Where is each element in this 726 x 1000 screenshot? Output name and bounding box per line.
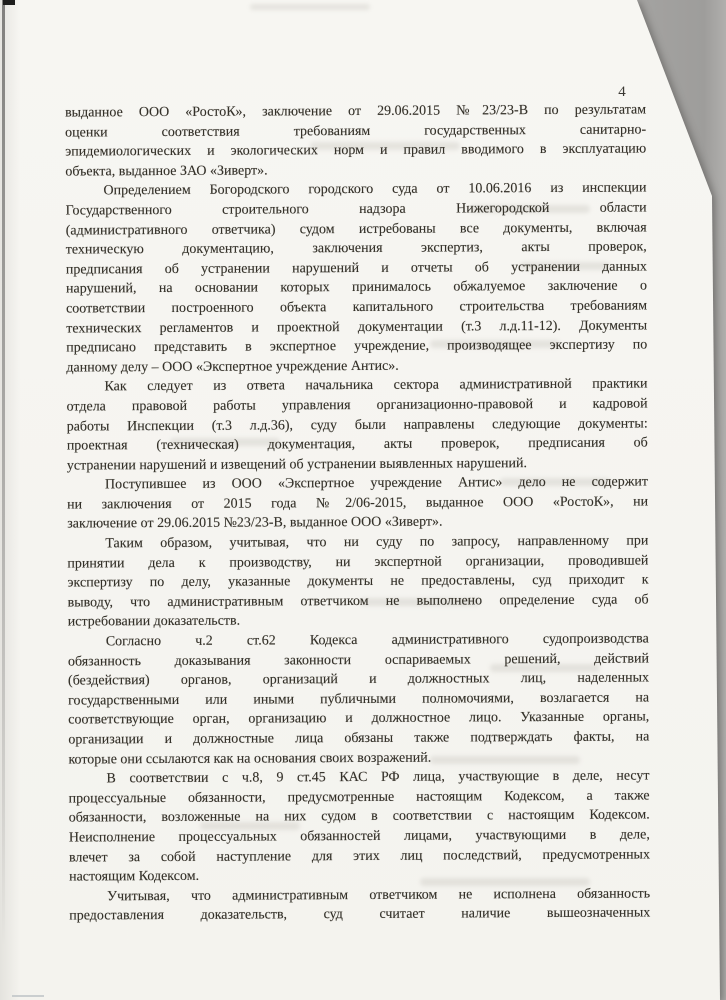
bleed-artifact — [250, 4, 370, 10]
paragraph: В соответствии с ч.8, 9 ст.45 КАС РФ лиц… — [68, 767, 650, 888]
text-line: предоставления доказательств, суд считае… — [69, 904, 650, 927]
paragraph: Определением Богородского городского суд… — [65, 179, 647, 378]
paragraph: Согласно ч.2 ст.62 Кодекса административ… — [68, 630, 650, 770]
text-line: влечет за собой наступление для этих лиц… — [69, 845, 650, 868]
text-body: выданное ООО «РостоК», заключение от 29.… — [65, 100, 650, 926]
text-line: техническую документацию, заключения экс… — [66, 238, 647, 261]
scanned-page: 4 выданное ООО «РостоК», заключение от 2… — [0, 0, 726, 1000]
text-line: эпидемиологических и экологических норм … — [65, 140, 646, 163]
left-edge-artifact — [2, 0, 5, 945]
paragraph: Как следует из ответа начальника сектора… — [66, 375, 648, 476]
scan-background: { "page": { "number": "4" }, "colors": {… — [0, 0, 726, 1000]
scanner-bed: 4 выданное ООО «РостоК», заключение от 2… — [0, 0, 726, 1000]
text-line: отдела правовой работы управления органи… — [67, 394, 648, 417]
paragraph: Таким образом, учитывая, что ни суду по … — [67, 532, 649, 633]
text-line: ни заключения от 2015 года №2/06-2015, в… — [67, 492, 648, 515]
scan-artifact-bottom — [12, 995, 44, 997]
text-line: выводу, что административным ответчиком … — [68, 590, 649, 613]
text-line: Неисполнение процессуальных обязанностей… — [69, 825, 650, 848]
text-line: Государственного строительного надзора Н… — [66, 198, 647, 221]
paragraph: выданное ООО «РостоК», заключение от 29.… — [65, 100, 646, 181]
text-line: предписано представить в экспертное учре… — [66, 336, 647, 359]
paper-sheet: 4 выданное ООО «РостоК», заключение от 2… — [0, 0, 726, 1000]
text-line: Согласно ч.2 ст.62 Кодекса административ… — [68, 630, 649, 653]
text-line: В соответствии с ч.8, 9 ст.45 КАС РФ лиц… — [68, 767, 649, 790]
text-line: организации и должностные лица обязаны т… — [68, 727, 649, 750]
top-left-corner-mark — [3, 0, 15, 5]
page-number: 4 — [600, 84, 644, 101]
text-line: выданное ООО «РостоК», заключение от 29.… — [65, 100, 646, 123]
paragraph: Учитывая, что административным ответчико… — [69, 884, 650, 926]
text-line: проектная (техническая) документация, ак… — [67, 434, 648, 457]
paragraph: Поступившее из ООО «Экспертное учреждени… — [67, 473, 648, 535]
text-line: соответствии построенного объекта капита… — [66, 296, 647, 319]
text-line: Таким образом, учитывая, что ни суду по … — [67, 532, 648, 555]
